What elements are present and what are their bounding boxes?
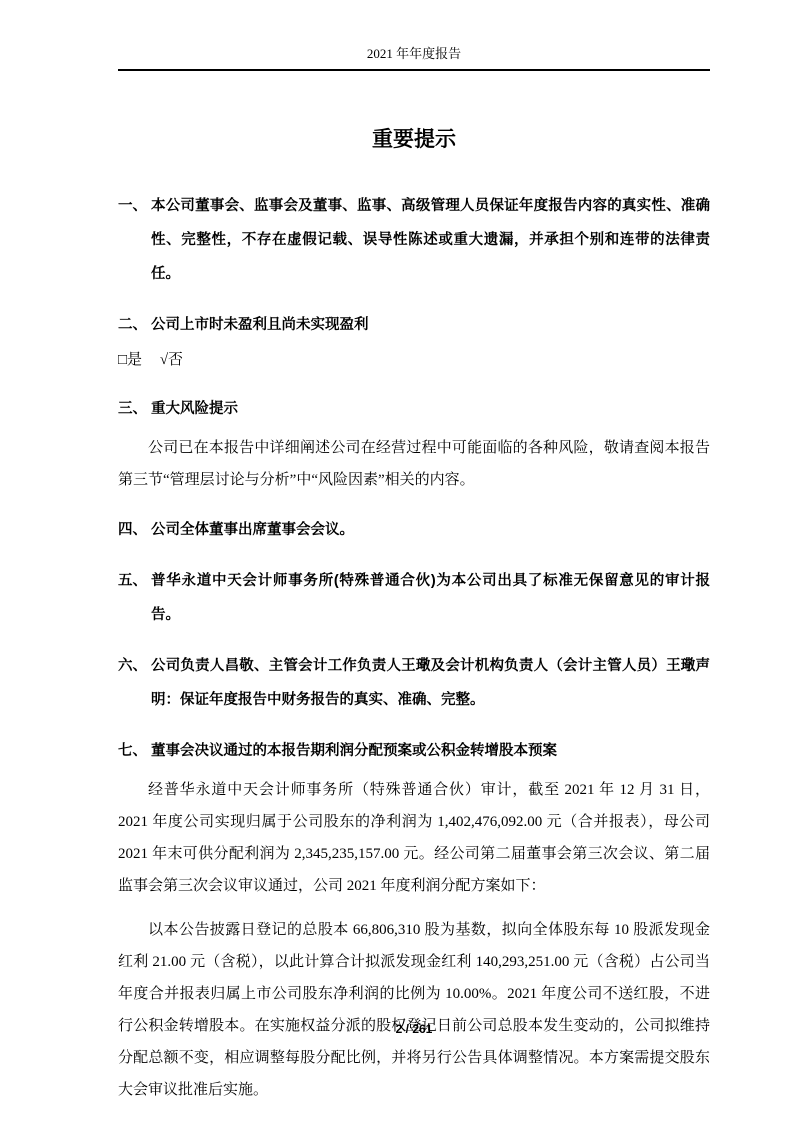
section-title-text: 董事会决议通过的本报告期利润分配预案或公积金转增股本预案: [151, 743, 557, 759]
section-title-text: 公司上市时未盈利且尚未实现盈利: [151, 317, 369, 333]
section-title-text: 公司负责人昌敬、主管会计工作负责人王璥及会计机构负责人（会计主管人员）王璥声明：…: [151, 658, 710, 708]
section-directors-attendance: 四、 公司全体董事出席董事会会议。: [118, 513, 710, 547]
report-page: 2021 年年度报告 重要提示 一、 本公司董事会、监事会及董事、监事、高级管理…: [0, 0, 793, 1122]
section-major-risks: 三、 重大风险提示 公司已在本报告中详细阐述公司在经营过程中可能面临的各种风险，…: [118, 392, 710, 496]
section-heading: 七、 董事会决议通过的本报告期利润分配预案或公积金转增股本预案: [118, 734, 710, 768]
section-number: 二、: [118, 308, 147, 342]
section-heading: 四、 公司全体董事出席董事会会议。: [118, 513, 710, 547]
risk-paragraph: 公司已在本报告中详细阐述公司在经营过程中可能面临的各种风险，敬请查阅本报告第三节…: [118, 432, 710, 496]
section-number: 四、: [118, 513, 147, 547]
section-heading: 一、 本公司董事会、监事会及董事、监事、高级管理人员保证年度报告内容的真实性、准…: [118, 189, 710, 291]
section-board-assurance: 一、 本公司董事会、监事会及董事、监事、高级管理人员保证年度报告内容的真实性、准…: [118, 189, 710, 291]
section-heading: 三、 重大风险提示: [118, 392, 710, 426]
section-title-text: 公司全体董事出席董事会会议。: [151, 522, 354, 538]
page-content: 重要提示 一、 本公司董事会、监事会及董事、监事、高级管理人员保证年度报告内容的…: [118, 127, 710, 1106]
section-number: 七、: [118, 734, 147, 768]
section-audit-report: 五、 普华永道中天会计师事务所(特殊普通合伙)为本公司出具了标准无保留意见的审计…: [118, 564, 710, 632]
section-title-text: 重大风险提示: [151, 401, 238, 417]
header-title: 2021 年年度报告: [118, 45, 710, 62]
section-number: 五、: [118, 564, 147, 598]
section-heading: 二、 公司上市时未盈利且尚未实现盈利: [118, 308, 710, 342]
section-number: 六、: [118, 649, 147, 683]
section-financial-statement-declaration: 六、 公司负责人昌敬、主管会计工作负责人王璥及会计机构负责人（会计主管人员）王璥…: [118, 649, 710, 717]
page-footer: 2 / 261: [118, 1022, 710, 1036]
page-title: 重要提示: [118, 127, 710, 153]
profit-distribution-paragraph-1: 经普华永道中天会计师事务所（特殊普通合伙）审计，截至 2021 年 12 月 3…: [118, 774, 710, 902]
option-no-checked: √否: [160, 352, 183, 368]
section-title-text: 本公司董事会、监事会及董事、监事、高级管理人员保证年度报告内容的真实性、准确性、…: [151, 198, 710, 282]
section-heading: 五、 普华永道中天会计师事务所(特殊普通合伙)为本公司出具了标准无保留意见的审计…: [118, 564, 710, 632]
section-number: 三、: [118, 392, 147, 426]
section-profit-distribution-plan: 七、 董事会决议通过的本报告期利润分配预案或公积金转增股本预案 经普华永道中天会…: [118, 734, 710, 1106]
section-title-text: 普华永道中天会计师事务所(特殊普通合伙)为本公司出具了标准无保留意见的审计报告。: [151, 573, 710, 623]
yes-no-options: □是 √否: [118, 345, 710, 375]
section-heading: 六、 公司负责人昌敬、主管会计工作负责人王璥及会计机构负责人（会计主管人员）王璥…: [118, 649, 710, 717]
option-yes-checkbox: □是: [118, 352, 142, 368]
page-header: 2021 年年度报告: [118, 0, 710, 71]
section-number: 一、: [118, 189, 147, 223]
page-number: 2 / 261: [396, 1022, 433, 1036]
profit-distribution-paragraph-2: 以本公告披露日登记的总股本 66,806,310 股为基数，拟向全体股东每 10…: [118, 914, 710, 1106]
section-unprofitable-at-listing: 二、 公司上市时未盈利且尚未实现盈利 □是 √否: [118, 308, 710, 375]
